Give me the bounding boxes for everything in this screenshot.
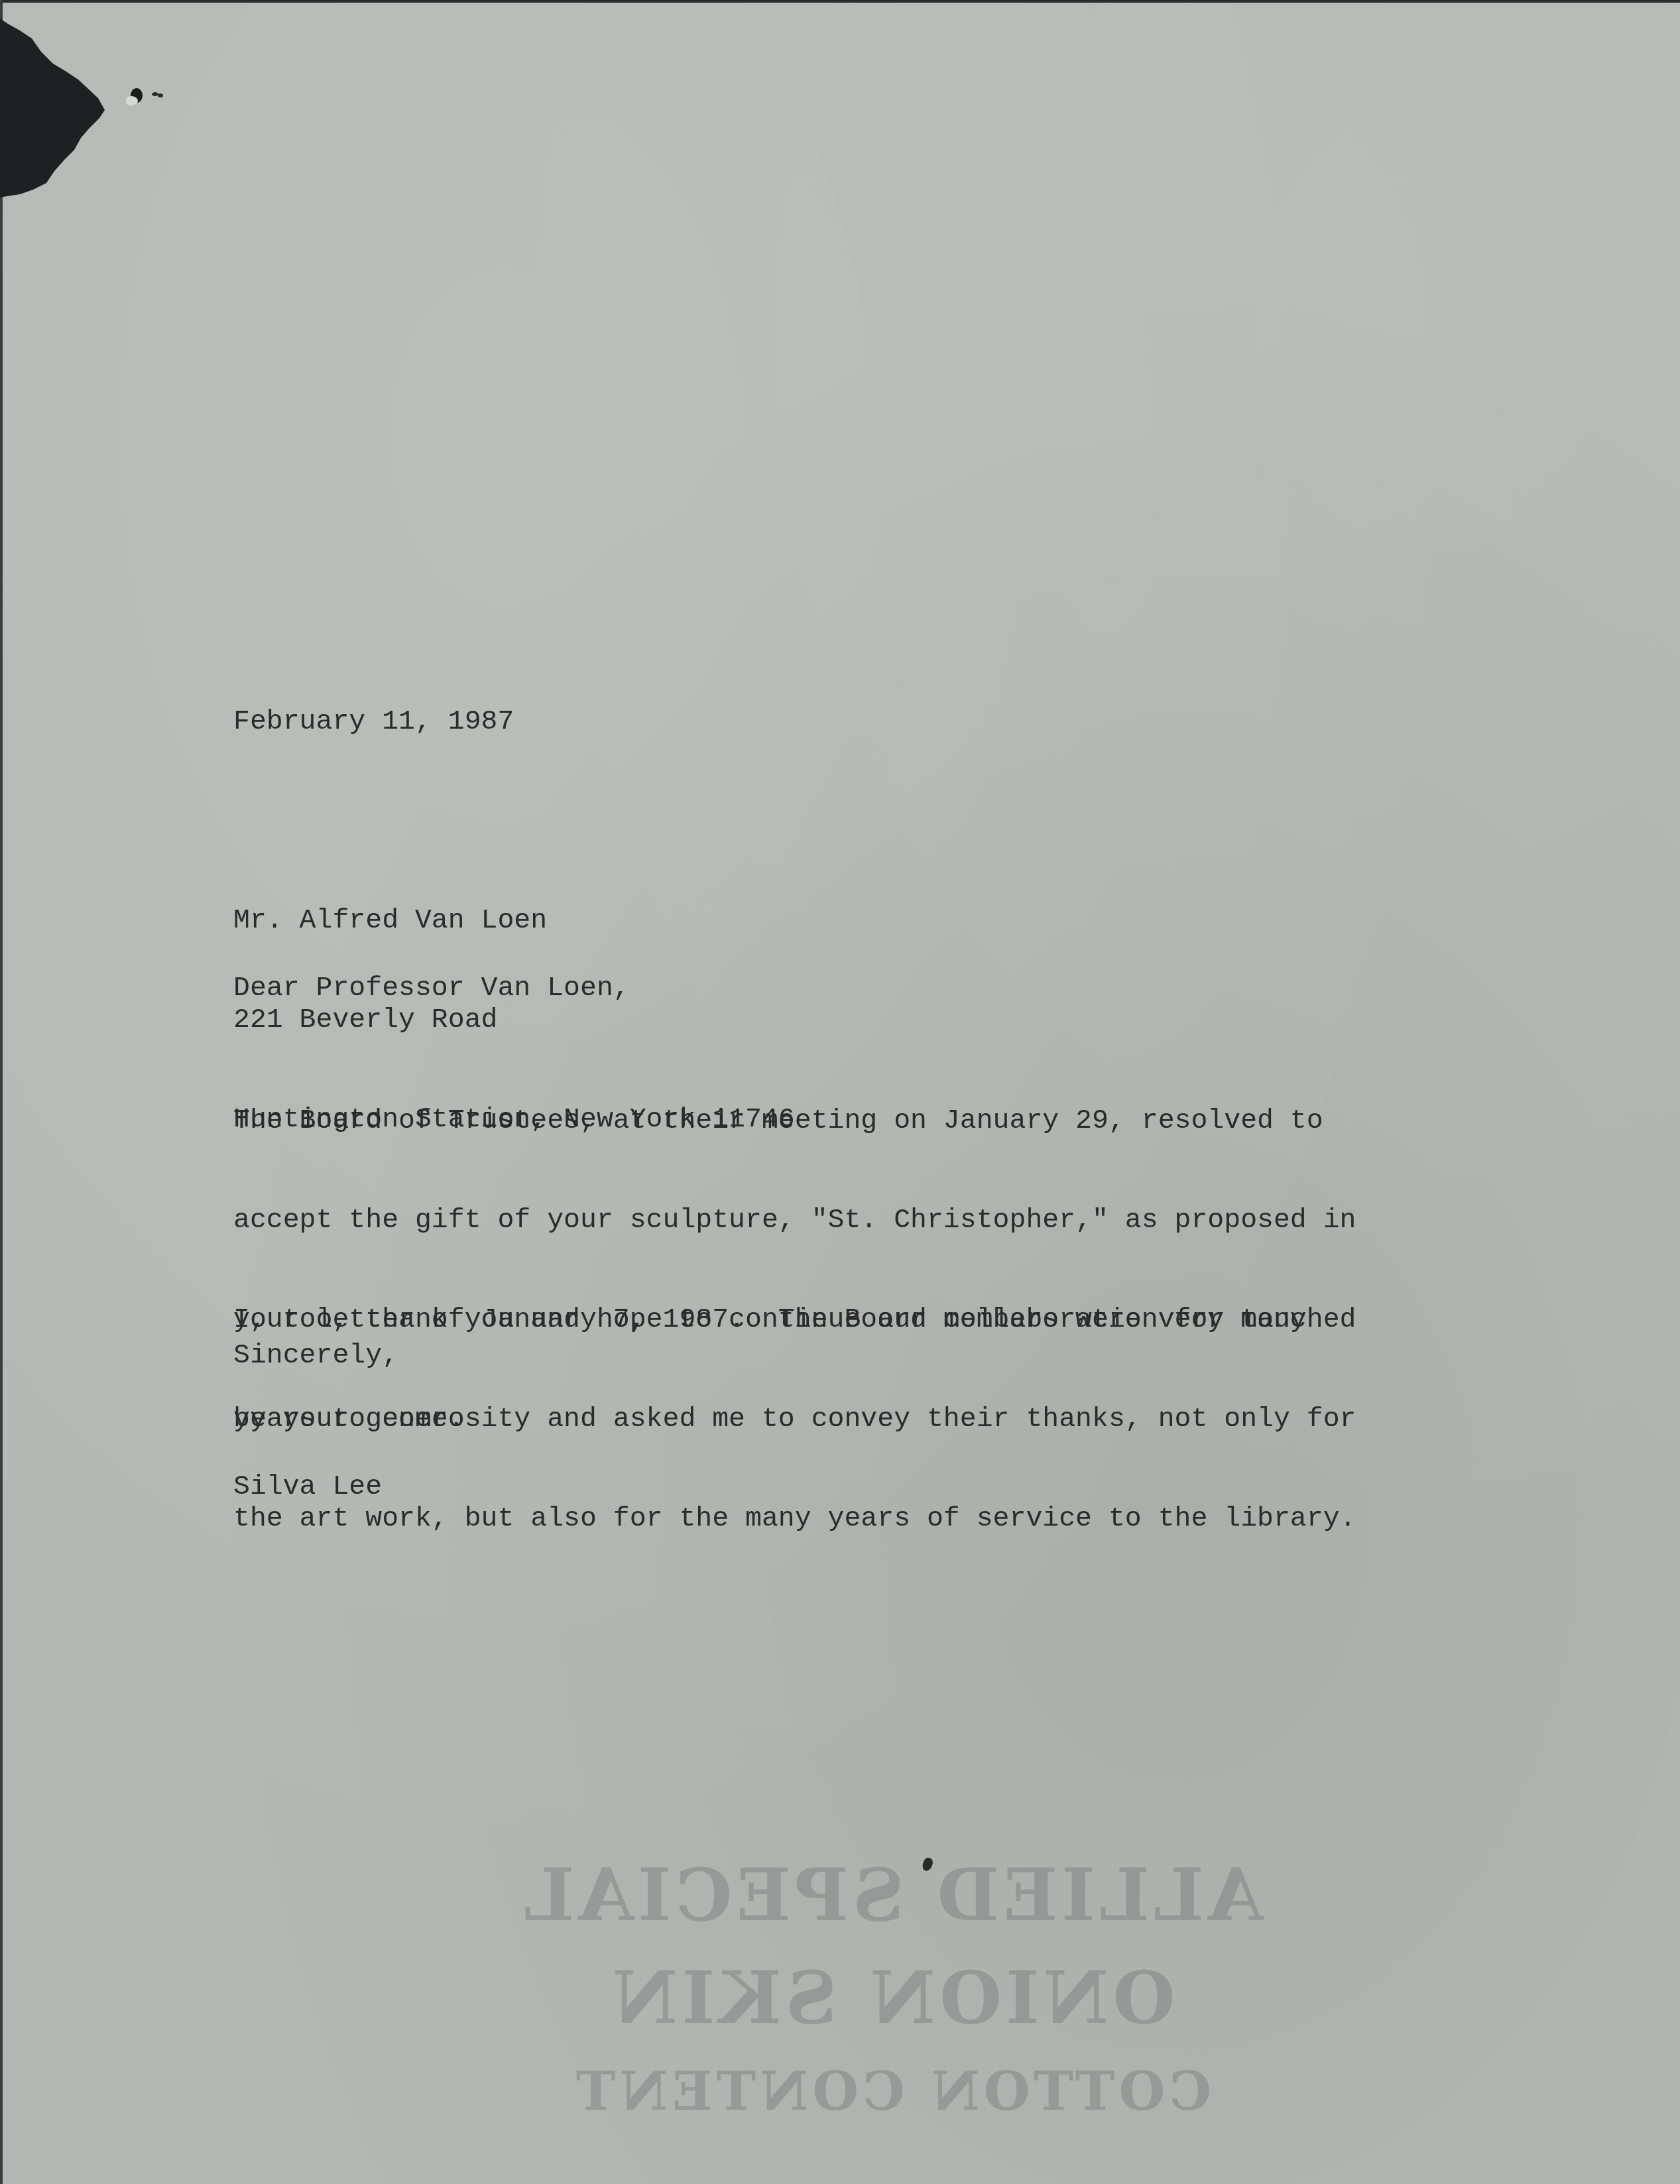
watermark-line: COTTON CONTENT (477, 2062, 1306, 2120)
watermark-line: ALLIED SPECIAL (477, 1856, 1306, 1935)
paragraph-line: The Board of Trustees, at their meeting … (233, 1105, 1356, 1138)
letter-date: February 11, 1987 (233, 705, 514, 739)
paragraph-line: I, too, thank you and hope to continue o… (233, 1304, 1307, 1337)
mirrored-watermark: ALLIED SPECIAL ONION SKIN COTTON CONTENT (477, 1856, 1306, 2120)
signature-name: Silva Lee (233, 1471, 382, 1504)
paragraph-line: the art work, but also for the many year… (233, 1502, 1356, 1536)
closing: Sincerely, (233, 1339, 398, 1372)
recipient-name: Mr. Alfred Van Loen (233, 904, 795, 938)
recipient-street: 221 Beverly Road (233, 1004, 795, 1037)
watermark-line: ONION SKIN (477, 1959, 1306, 2038)
salutation: Dear Professor Van Loen, (233, 972, 630, 1005)
pin-hole-damage (126, 85, 166, 111)
torn-corner-damage (0, 19, 109, 198)
paragraph-line: accept the gift of your sculpture, "St. … (233, 1204, 1356, 1237)
scan-edge-top (0, 0, 1680, 3)
paragraph-line: years to come. (233, 1403, 1307, 1436)
scan-edge-left (0, 0, 3, 2184)
